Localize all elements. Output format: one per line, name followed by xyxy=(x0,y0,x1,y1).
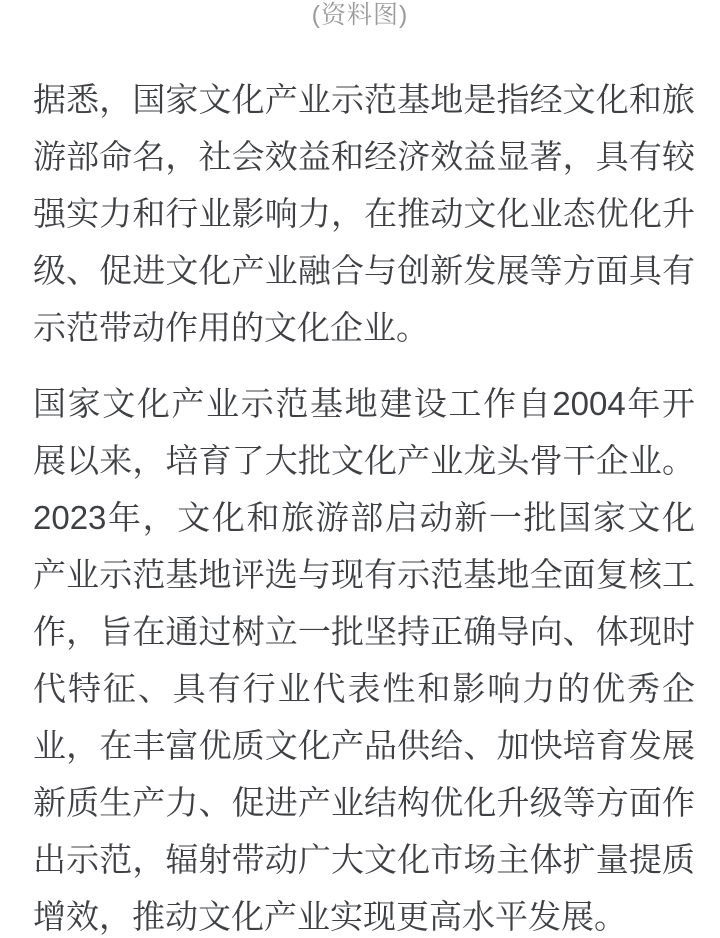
image-caption: (资料图) xyxy=(0,0,720,30)
article-paragraph: 国家文化产业示范基地建设工作自2004年开展以来，培育了大批文化产业龙头骨干企业… xyxy=(33,375,695,938)
article-paragraph: 据悉，国家文化产业示范基地是指经文化和旅游部命名，社会效益和经济效益显著，具有较… xyxy=(33,71,695,356)
article-page: (资料图) 据悉，国家文化产业示范基地是指经文化和旅游部命名，社会效益和经济效益… xyxy=(0,0,720,938)
article-body: 据悉，国家文化产业示范基地是指经文化和旅游部命名，社会效益和经济效益显著，具有较… xyxy=(0,71,720,938)
